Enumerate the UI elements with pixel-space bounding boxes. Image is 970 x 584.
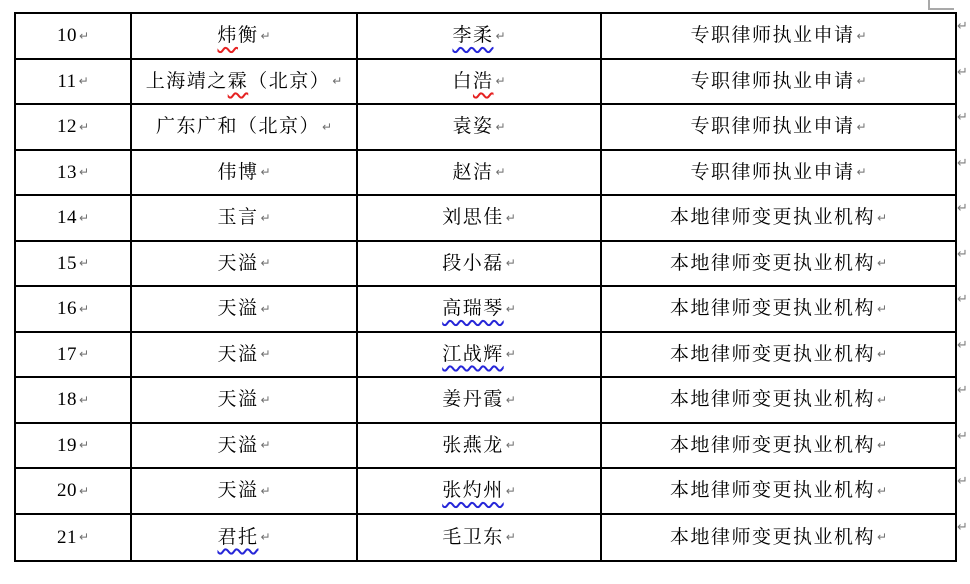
end-of-cell-mark-icon: ↵	[79, 212, 89, 224]
plain-text: 衡	[238, 26, 259, 45]
cell-text: 天溢↵	[217, 299, 270, 318]
plain-text: 袁姿	[452, 117, 493, 136]
end-of-cell-mark-icon: ↵	[877, 303, 887, 315]
lawyer-name-cell[interactable]: 张燕龙↵	[358, 424, 602, 470]
end-of-cell-mark-icon: ↵	[79, 531, 89, 543]
cell-text: 天溢↵	[217, 390, 270, 409]
end-of-cell-mark-icon: ↵	[260, 394, 270, 406]
end-of-row-mark-icon: ↵	[957, 384, 968, 397]
plain-text: 本地律师变更执业机构	[670, 481, 875, 500]
end-of-cell-mark-icon: ↵	[856, 30, 866, 42]
cell-text: 18↵	[57, 390, 89, 409]
row-number-cell[interactable]: 13↵	[16, 151, 132, 197]
cell-text: 本地律师变更执业机构↵	[670, 390, 887, 409]
end-of-row-mark-icon: ↵	[957, 475, 968, 488]
application-type-cell[interactable]: 本地律师变更执业机构↵	[602, 378, 955, 424]
cell-text: 刘思佳↵	[442, 208, 516, 227]
plain-text: 12	[57, 117, 77, 136]
application-type-cell[interactable]: 本地律师变更执业机构↵	[602, 469, 955, 515]
plain-text: 本地律师变更执业机构	[670, 208, 875, 227]
application-type-cell[interactable]: 专职律师执业申请↵	[602, 105, 955, 151]
grammar-wavy-text: 高瑞琴	[442, 299, 504, 318]
plain-text: 天溢	[217, 436, 258, 455]
end-of-cell-mark-icon: ↵	[260, 257, 270, 269]
application-type-cell[interactable]: 专职律师执业申请↵	[602, 60, 955, 106]
firm-cell[interactable]: 天溢↵	[132, 333, 358, 379]
cell-text: 11↵	[57, 72, 88, 91]
row-number-cell[interactable]: 18↵	[16, 378, 132, 424]
cell-text: 江战辉↵	[442, 345, 516, 364]
lawyer-name-cell[interactable]: 李柔↵	[358, 14, 602, 60]
firm-cell[interactable]: 玉言↵	[132, 196, 358, 242]
application-type-cell[interactable]: 本地律师变更执业机构↵	[602, 287, 955, 333]
plain-text: 广东广和（北京）	[156, 117, 320, 136]
spelling-wavy-text: 霖	[228, 72, 249, 91]
cell-text: 本地律师变更执业机构↵	[670, 528, 887, 547]
end-of-cell-mark-icon: ↵	[79, 439, 89, 451]
firm-cell[interactable]: 炜衡↵	[132, 14, 358, 60]
plain-text: 玉言	[217, 208, 258, 227]
firm-cell[interactable]: 伟博↵	[132, 151, 358, 197]
cell-text: 赵洁↵	[452, 163, 505, 182]
end-of-cell-mark-icon: ↵	[79, 121, 89, 133]
row-number-cell[interactable]: 16↵	[16, 287, 132, 333]
plain-text: 10	[57, 26, 77, 45]
plain-text: 本地律师变更执业机构	[670, 299, 875, 318]
plain-text: 本地律师变更执业机构	[670, 345, 875, 364]
end-of-cell-mark-icon: ↵	[856, 75, 866, 87]
end-of-row-mark-icon: ↵	[957, 20, 968, 33]
end-of-cell-mark-icon: ↵	[877, 439, 887, 451]
lawyer-name-cell[interactable]: 刘思佳↵	[358, 196, 602, 242]
spelling-wavy-text: 炜	[217, 26, 238, 45]
spelling-wavy-text: 浩	[473, 72, 494, 91]
plain-text: 天溢	[217, 254, 258, 273]
cell-text: 段小磊↵	[442, 254, 516, 273]
end-of-cell-mark-icon: ↵	[506, 394, 516, 406]
plain-text: 19	[57, 436, 77, 455]
end-of-cell-mark-icon: ↵	[79, 348, 89, 360]
end-of-cell-mark-icon: ↵	[79, 485, 89, 497]
cell-text: 炜衡↵	[217, 26, 270, 45]
end-of-cell-mark-icon: ↵	[322, 121, 332, 133]
row-number-cell[interactable]: 12↵	[16, 105, 132, 151]
end-of-cell-mark-icon: ↵	[260, 212, 270, 224]
cell-text: 张燕龙↵	[442, 436, 516, 455]
plain-text: 11	[57, 72, 76, 91]
end-of-cell-mark-icon: ↵	[506, 439, 516, 451]
end-of-cell-mark-icon: ↵	[79, 30, 89, 42]
firm-cell[interactable]: 天溢↵	[132, 242, 358, 288]
end-of-cell-mark-icon: ↵	[877, 257, 887, 269]
firm-cell[interactable]: 君托↵	[132, 515, 358, 561]
cell-text: 天溢↵	[217, 345, 270, 364]
firm-cell[interactable]: 天溢↵	[132, 378, 358, 424]
cell-text: 12↵	[57, 117, 89, 136]
application-type-cell[interactable]: 本地律师变更执业机构↵	[602, 196, 955, 242]
cell-text: 13↵	[57, 163, 89, 182]
plain-text: 天溢	[217, 345, 258, 364]
cell-text: 伟博↵	[217, 163, 270, 182]
plain-text: 18	[57, 390, 77, 409]
cell-text: 君托↵	[217, 528, 270, 547]
cell-text: 专职律师执业申请↵	[690, 72, 866, 91]
cell-text: 17↵	[57, 345, 89, 364]
end-of-cell-mark-icon: ↵	[506, 531, 516, 543]
firm-cell[interactable]: 天溢↵	[132, 469, 358, 515]
end-of-cell-mark-icon: ↵	[79, 394, 89, 406]
end-of-cell-mark-icon: ↵	[260, 166, 270, 178]
end-of-cell-mark-icon: ↵	[877, 531, 887, 543]
cell-text: 15↵	[57, 254, 89, 273]
end-of-row-mark-icon: ↵	[957, 66, 968, 79]
application-type-cell[interactable]: 本地律师变更执业机构↵	[602, 333, 955, 379]
end-of-cell-mark-icon: ↵	[260, 485, 270, 497]
firm-cell[interactable]: 天溢↵	[132, 424, 358, 470]
application-type-cell[interactable]: 专职律师执业申请↵	[602, 14, 955, 60]
end-of-row-mark-icon: ↵	[957, 339, 968, 352]
page-boundary-corner-mark	[928, 0, 954, 10]
lawyer-name-cell[interactable]: 姜丹霞↵	[358, 378, 602, 424]
end-of-cell-mark-icon: ↵	[260, 531, 270, 543]
plain-text: 赵洁	[452, 163, 493, 182]
end-of-cell-mark-icon: ↵	[506, 303, 516, 315]
application-type-cell[interactable]: 本地律师变更执业机构↵	[602, 424, 955, 470]
row-number-cell[interactable]: 20↵	[16, 469, 132, 515]
cell-text: 毛卫东↵	[442, 528, 516, 547]
plain-text: 姜丹霞	[442, 390, 504, 409]
document-table: 10↵炜衡↵李柔↵专职律师执业申请↵11↵上海靖之霖（北京）↵白浩↵专职律师执业…	[14, 12, 957, 562]
cell-text: 本地律师变更执业机构↵	[670, 436, 887, 455]
row-number-cell[interactable]: 15↵	[16, 242, 132, 288]
plain-text: 本地律师变更执业机构	[670, 436, 875, 455]
end-of-cell-mark-icon: ↵	[877, 212, 887, 224]
plain-text: （北京）	[248, 72, 330, 91]
end-of-row-mark-icon: ↵	[957, 111, 968, 124]
application-type-cell[interactable]: 专职律师执业申请↵	[602, 151, 955, 197]
row-number-cell[interactable]: 17↵	[16, 333, 132, 379]
application-type-cell[interactable]: 本地律师变更执业机构↵	[602, 515, 955, 561]
plain-text: 伟博	[217, 163, 258, 182]
plain-text: 21	[57, 528, 77, 547]
end-of-cell-mark-icon: ↵	[877, 394, 887, 406]
plain-text: 本地律师变更执业机构	[670, 390, 875, 409]
cell-text: 李柔↵	[452, 26, 505, 45]
end-of-cell-mark-icon: ↵	[506, 257, 516, 269]
cell-text: 19↵	[57, 436, 89, 455]
end-of-cell-mark-icon: ↵	[79, 303, 89, 315]
plain-text: 毛卫东	[442, 528, 504, 547]
lawyer-name-cell[interactable]: 高瑞琴↵	[358, 287, 602, 333]
row-number-cell[interactable]: 11↵	[16, 60, 132, 106]
cell-text: 14↵	[57, 208, 89, 227]
cell-text: 天溢↵	[217, 254, 270, 273]
end-of-row-mark-icon: ↵	[957, 430, 968, 443]
plain-text: 天溢	[217, 481, 258, 500]
end-of-cell-mark-icon: ↵	[877, 348, 887, 360]
end-of-cell-mark-icon: ↵	[495, 75, 505, 87]
cell-text: 专职律师执业申请↵	[690, 117, 866, 136]
end-of-row-mark-icon: ↵	[957, 248, 968, 261]
plain-text: 专职律师执业申请	[690, 163, 854, 182]
end-of-cell-mark-icon: ↵	[260, 348, 270, 360]
firm-cell[interactable]: 广东广和（北京）↵	[132, 105, 358, 151]
grammar-wavy-text: 张灼州	[442, 481, 504, 500]
end-of-cell-mark-icon: ↵	[856, 166, 866, 178]
application-type-cell[interactable]: 本地律师变更执业机构↵	[602, 242, 955, 288]
plain-text: 15	[57, 254, 77, 273]
end-of-cell-mark-icon: ↵	[79, 75, 89, 87]
end-of-cell-mark-icon: ↵	[79, 166, 89, 178]
lawyer-name-cell[interactable]: 赵洁↵	[358, 151, 602, 197]
cell-text: 白浩↵	[452, 72, 505, 91]
lawyer-name-cell[interactable]: 袁姿↵	[358, 105, 602, 151]
end-of-cell-mark-icon: ↵	[506, 348, 516, 360]
plain-text: 白	[452, 72, 473, 91]
lawyer-name-cell[interactable]: 张灼州↵	[358, 469, 602, 515]
end-of-cell-mark-icon: ↵	[495, 166, 505, 178]
plain-text: 本地律师变更执业机构	[670, 528, 875, 547]
row-number-cell[interactable]: 10↵	[16, 14, 132, 60]
end-of-cell-mark-icon: ↵	[877, 485, 887, 497]
lawyer-name-cell[interactable]: 江战辉↵	[358, 333, 602, 379]
cell-text: 本地律师变更执业机构↵	[670, 299, 887, 318]
end-of-row-mark-icon: ↵	[957, 157, 968, 170]
cell-text: 高瑞琴↵	[442, 299, 516, 318]
cell-text: 本地律师变更执业机构↵	[670, 208, 887, 227]
plain-text: 17	[57, 345, 77, 364]
plain-text: 专职律师执业申请	[690, 26, 854, 45]
plain-text: 本地律师变更执业机构	[670, 254, 875, 273]
grammar-wavy-text: 李柔	[452, 26, 493, 45]
end-of-cell-mark-icon: ↵	[260, 303, 270, 315]
end-of-cell-mark-icon: ↵	[506, 485, 516, 497]
cell-text: 袁姿↵	[452, 117, 505, 136]
end-of-row-mark-icon: ↵	[957, 293, 968, 306]
end-of-row-mark-icon: ↵	[957, 202, 968, 215]
plain-text: 专职律师执业申请	[690, 117, 854, 136]
lawyer-name-cell[interactable]: 毛卫东↵	[358, 515, 602, 561]
plain-text: 专职律师执业申请	[690, 72, 854, 91]
plain-text: 20	[57, 481, 77, 500]
cell-text: 20↵	[57, 481, 89, 500]
cell-text: 16↵	[57, 299, 89, 318]
plain-text: 张燕龙	[442, 436, 504, 455]
end-of-cell-mark-icon: ↵	[79, 257, 89, 269]
plain-text: 刘思佳	[442, 208, 504, 227]
plain-text: 天溢	[217, 299, 258, 318]
end-of-cell-mark-icon: ↵	[260, 439, 270, 451]
cell-text: 本地律师变更执业机构↵	[670, 345, 887, 364]
cell-text: 玉言↵	[217, 208, 270, 227]
lawyer-name-cell[interactable]: 段小磊↵	[358, 242, 602, 288]
document-page: 10↵炜衡↵李柔↵专职律师执业申请↵11↵上海靖之霖（北京）↵白浩↵专职律师执业…	[0, 0, 970, 584]
end-of-cell-mark-icon: ↵	[332, 75, 342, 87]
cell-text: 10↵	[57, 26, 89, 45]
plain-text: 段小磊	[442, 254, 504, 273]
row-number-cell[interactable]: 21↵	[16, 515, 132, 561]
firm-cell[interactable]: 上海靖之霖（北京）↵	[132, 60, 358, 106]
end-of-cell-mark-icon: ↵	[495, 121, 505, 133]
end-of-cell-mark-icon: ↵	[495, 30, 505, 42]
plain-text: 13	[57, 163, 77, 182]
cell-text: 专职律师执业申请↵	[690, 26, 866, 45]
grammar-wavy-text: 江战辉	[442, 345, 504, 364]
row-number-cell[interactable]: 14↵	[16, 196, 132, 242]
end-of-row-mark-icon: ↵	[957, 521, 968, 534]
lawyer-name-cell[interactable]: 白浩↵	[358, 60, 602, 106]
row-number-cell[interactable]: 19↵	[16, 424, 132, 470]
cell-text: 本地律师变更执业机构↵	[670, 254, 887, 273]
cell-text: 21↵	[57, 528, 89, 547]
end-of-cell-mark-icon: ↵	[260, 30, 270, 42]
plain-text: 14	[57, 208, 77, 227]
cell-text: 上海靖之霖（北京）↵	[146, 72, 343, 91]
cell-text: 姜丹霞↵	[442, 390, 516, 409]
end-of-cell-mark-icon: ↵	[506, 212, 516, 224]
cell-text: 天溢↵	[217, 481, 270, 500]
plain-text: 上海靖之	[146, 72, 228, 91]
plain-text: 16	[57, 299, 77, 318]
firm-cell[interactable]: 天溢↵	[132, 287, 358, 333]
cell-text: 专职律师执业申请↵	[690, 163, 866, 182]
cell-text: 广东广和（北京）↵	[156, 117, 332, 136]
cell-text: 张灼州↵	[442, 481, 516, 500]
cell-text: 本地律师变更执业机构↵	[670, 481, 887, 500]
plain-text: 天溢	[217, 390, 258, 409]
end-of-cell-mark-icon: ↵	[856, 121, 866, 133]
grammar-wavy-text: 君托	[217, 528, 258, 547]
cell-text: 天溢↵	[217, 436, 270, 455]
